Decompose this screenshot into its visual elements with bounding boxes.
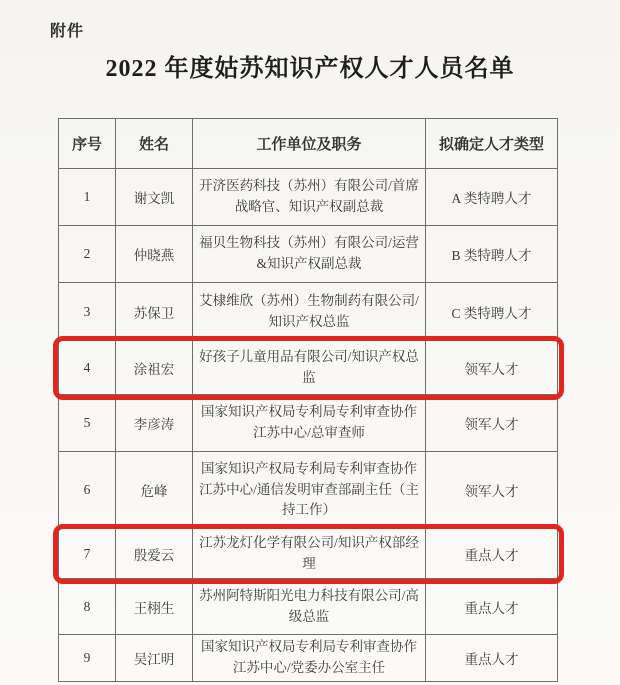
page-title: 2022 年度姑苏知识产权人才人员名单 [0, 48, 620, 83]
cell-no: 7 [59, 529, 116, 579]
table-row: 1谢文凯开济医药科技（苏州）有限公司/首席战略官、知识产权副总裁A 类特聘人才 [59, 169, 558, 226]
cell-unit: 国家知识产权局专利局专利审查协作江苏中心/通信发明审查部副主任（主持工作） [193, 452, 426, 529]
cell-type: 领军人才 [426, 341, 558, 395]
cell-no: 1 [59, 169, 116, 226]
attachment-label: 附件 [50, 18, 84, 41]
cell-no: 5 [59, 395, 116, 452]
cell-no: 8 [59, 579, 116, 635]
table-row: 2仲晓燕福贝生物科技（苏州）有限公司/运营&知识产权副总裁B 类特聘人才 [59, 226, 558, 283]
cell-no: 2 [59, 226, 116, 283]
talent-table-body: 1谢文凯开济医药科技（苏州）有限公司/首席战略官、知识产权副总裁A 类特聘人才2… [59, 169, 558, 682]
cell-type: 重点人才 [426, 579, 558, 635]
talent-table: 序号姓名工作单位及职务拟确定人才类型 1谢文凯开济医药科技（苏州）有限公司/首席… [58, 118, 558, 682]
cell-type: 领军人才 [426, 452, 558, 529]
cell-type: B 类特聘人才 [426, 226, 558, 283]
cell-name: 危峰 [116, 452, 193, 529]
cell-unit: 好孩子儿童用品有限公司/知识产权总监 [193, 341, 426, 395]
cell-name: 仲晓燕 [116, 226, 193, 283]
column-header-2: 工作单位及职务 [193, 119, 426, 169]
cell-no: 9 [59, 635, 116, 682]
cell-unit: 开济医药科技（苏州）有限公司/首席战略官、知识产权副总裁 [193, 169, 426, 226]
cell-name: 李彦涛 [116, 395, 193, 452]
column-header-1: 姓名 [116, 119, 193, 169]
cell-name: 谢文凯 [116, 169, 193, 226]
cell-name: 吴江明 [116, 635, 193, 682]
column-header-3: 拟确定人才类型 [426, 119, 558, 169]
cell-type: 重点人才 [426, 635, 558, 682]
cell-no: 6 [59, 452, 116, 529]
cell-name: 涂祖宏 [116, 341, 193, 395]
table-row: 6危峰国家知识产权局专利局专利审查协作江苏中心/通信发明审查部副主任（主持工作）… [59, 452, 558, 529]
cell-type: C 类特聘人才 [426, 283, 558, 341]
cell-unit: 国家知识产权局专利局专利审查协作江苏中心/党委办公室主任 [193, 635, 426, 682]
table-row: 5李彦涛国家知识产权局专利局专利审查协作江苏中心/总审查师领军人才 [59, 395, 558, 452]
cell-name: 王栩生 [116, 579, 193, 635]
cell-unit: 苏州阿特斯阳光电力科技有限公司/高级总监 [193, 579, 426, 635]
cell-unit: 国家知识产权局专利局专利审查协作江苏中心/总审查师 [193, 395, 426, 452]
cell-unit: 艾棣维欣（苏州）生物制药有限公司/知识产权总监 [193, 283, 426, 341]
cell-name: 苏保卫 [116, 283, 193, 341]
column-header-0: 序号 [59, 119, 116, 169]
cell-type: A 类特聘人才 [426, 169, 558, 226]
table-row: 7殷爱云江苏龙灯化学有限公司/知识产权部经理重点人才 [59, 529, 558, 579]
cell-type: 重点人才 [426, 529, 558, 579]
table-row: 9吴江明国家知识产权局专利局专利审查协作江苏中心/党委办公室主任重点人才 [59, 635, 558, 682]
table-row: 8王栩生苏州阿特斯阳光电力科技有限公司/高级总监重点人才 [59, 579, 558, 635]
table-row: 3苏保卫艾棣维欣（苏州）生物制药有限公司/知识产权总监C 类特聘人才 [59, 283, 558, 341]
cell-type: 领军人才 [426, 395, 558, 452]
table-header-row: 序号姓名工作单位及职务拟确定人才类型 [59, 119, 558, 169]
page: 附件 2022 年度姑苏知识产权人才人员名单 序号姓名工作单位及职务拟确定人才类… [0, 0, 620, 685]
cell-name: 殷爱云 [116, 529, 193, 579]
cell-unit: 福贝生物科技（苏州）有限公司/运营&知识产权副总裁 [193, 226, 426, 283]
table-row: 4涂祖宏好孩子儿童用品有限公司/知识产权总监领军人才 [59, 341, 558, 395]
cell-no: 4 [59, 341, 116, 395]
cell-no: 3 [59, 283, 116, 341]
cell-unit: 江苏龙灯化学有限公司/知识产权部经理 [193, 529, 426, 579]
